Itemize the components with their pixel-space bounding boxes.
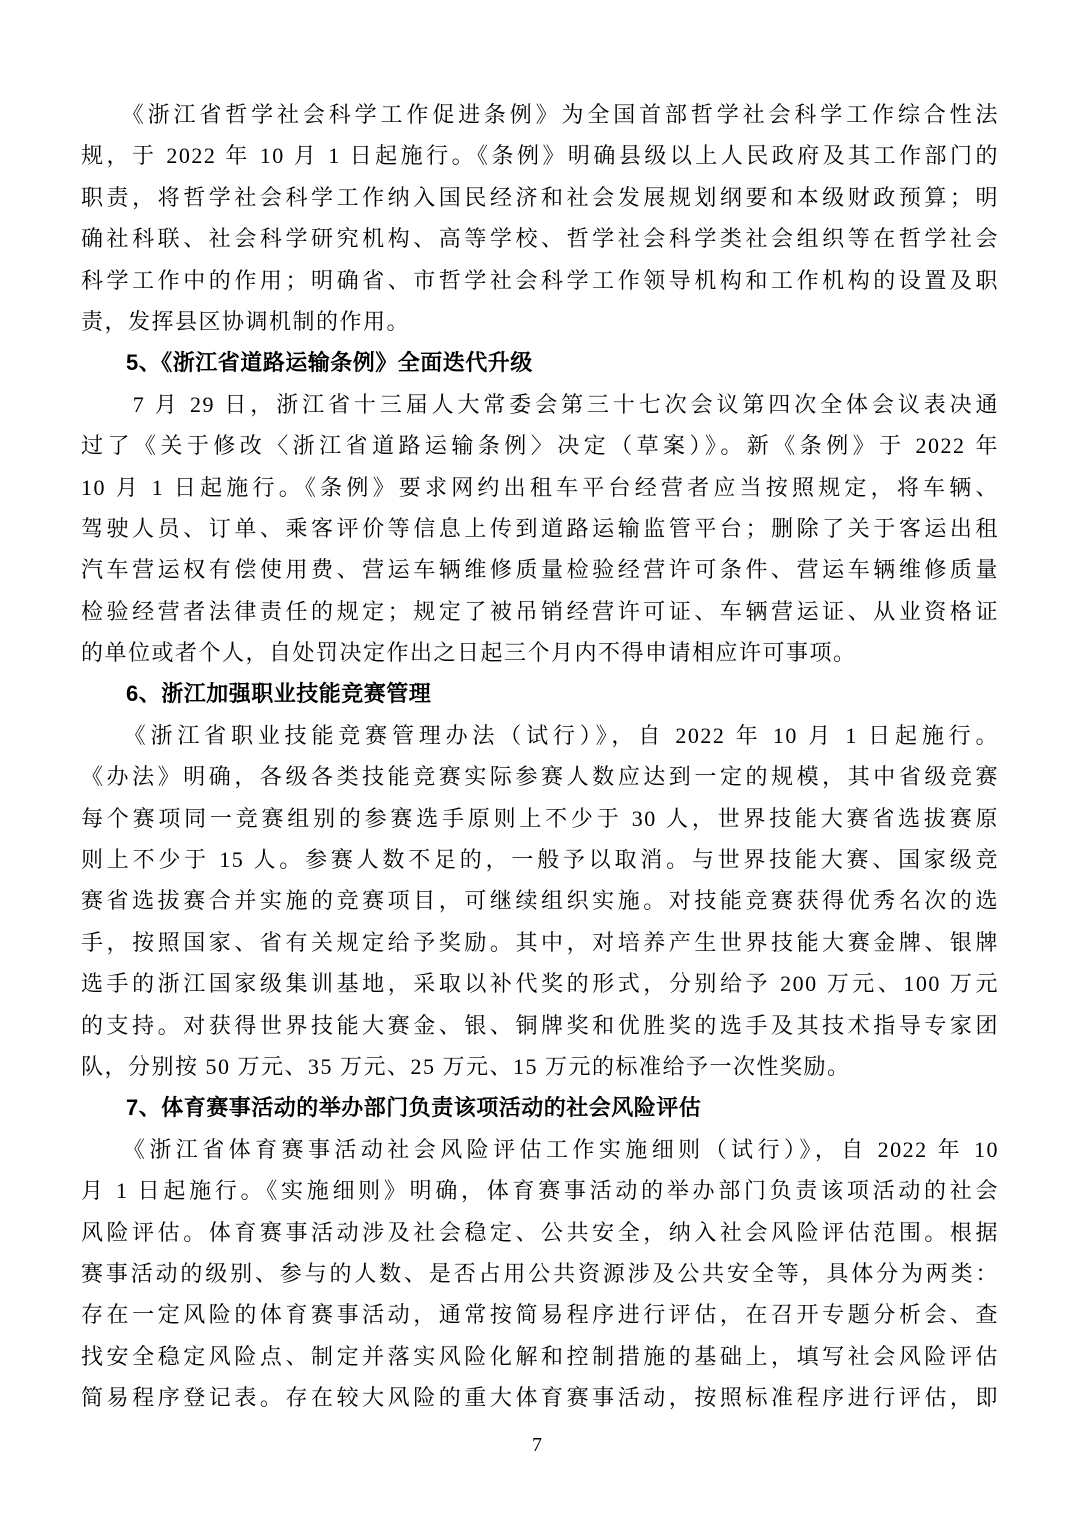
section-heading: 6、浙江加强职业技能竞赛管理: [81, 673, 999, 714]
text-line: 《浙江省职业技能竞赛管理办法（试行）》，自 2022 年 10 月 1 日起施行…: [81, 715, 999, 756]
text-line: 选手的浙江国家级集训基地，采取以补代奖的形式，分别给予 200 万元、100 万…: [81, 963, 999, 1004]
text-line: 队，分别按 50 万元、35 万元、25 万元、15 万元的标准给予一次性奖励。: [81, 1046, 999, 1087]
text-line: 确社科联、社会科学研究机构、高等学校、哲学社会科学类社会组织等在哲学社会: [81, 218, 999, 259]
text-line: 手，按照国家、省有关规定给予奖励。其中，对培养产生世界技能大赛金牌、银牌: [81, 922, 999, 963]
text-line: 10 月 1 日起施行。《条例》要求网约出租车平台经营者应当按照规定，将车辆、: [81, 467, 999, 508]
text-line: 过了《关于修改〈浙江省道路运输条例〉决定（草案）》。新《条例》于 2022 年: [81, 425, 999, 466]
text-line: 存在一定风险的体育赛事活动，通常按简易程序进行评估，在召开专题分析会、查: [81, 1294, 999, 1335]
text-line: 的支持。对获得世界技能大赛金、银、铜牌奖和优胜奖的选手及其技术指导专家团: [81, 1005, 999, 1046]
text-line: 赛事活动的级别、参与的人数、是否占用公共资源涉及公共安全等，具体分为两类：: [81, 1253, 999, 1294]
text-line: 驾驶人员、订单、乘客评价等信息上传到道路运输监管平台；删除了关于客运出租: [81, 508, 999, 549]
text-line: 简易程序登记表。存在较大风险的重大体育赛事活动，按照标准程序进行评估，即: [81, 1377, 999, 1418]
text-line: 月 1 日起施行。《实施细则》明确，体育赛事活动的举办部门负责该项活动的社会: [81, 1170, 999, 1211]
text-line: 《浙江省哲学社会科学工作促进条例》为全国首部哲学社会科学工作综合性法: [81, 94, 999, 135]
text-line: 《浙江省体育赛事活动社会风险评估工作实施细则（试行）》，自 2022 年 10: [81, 1129, 999, 1170]
text-line: 职责，将哲学社会科学工作纳入国民经济和社会发展规划纲要和本级财政预算；明: [81, 177, 999, 218]
document-page: 《浙江省哲学社会科学工作促进条例》为全国首部哲学社会科学工作综合性法规，于 20…: [0, 0, 1074, 1530]
text-line: 《办法》明确，各级各类技能竞赛实际参赛人数应达到一定的规模，其中省级竞赛: [81, 756, 999, 797]
section-heading: 5、《浙江省道路运输条例》全面迭代升级: [81, 342, 999, 383]
text-line: 检验经营者法律责任的规定；规定了被吊销经营许可证、车辆营运证、从业资格证: [81, 591, 999, 632]
text-line: 则上不少于 15 人。参赛人数不足的，一般予以取消。与世界技能大赛、国家级竞: [81, 839, 999, 880]
text-line: 每个赛项同一竞赛组别的参赛选手原则上不少于 30 人，世界技能大赛省选拔赛原: [81, 798, 999, 839]
text-line: 汽车营运权有偿使用费、营运车辆维修质量检验经营许可条件、营运车辆维修质量: [81, 549, 999, 590]
text-line: 科学工作中的作用；明确省、市哲学社会科学工作领导机构和工作机构的设置及职: [81, 260, 999, 301]
text-line: 找安全稳定风险点、制定并落实风险化解和控制措施的基础上，填写社会风险评估: [81, 1336, 999, 1377]
section-heading: 7、体育赛事活动的举办部门负责该项活动的社会风险评估: [81, 1087, 999, 1128]
page-number: 7: [0, 1432, 1074, 1458]
text-line: 规，于 2022 年 10 月 1 日起施行。《条例》明确县级以上人民政府及其工…: [81, 135, 999, 176]
text-line: 风险评估。体育赛事活动涉及社会稳定、公共安全，纳入社会风险评估范围。根据: [81, 1212, 999, 1253]
text-line: 的单位或者个人，自处罚决定作出之日起三个月内不得申请相应许可事项。: [81, 632, 999, 673]
text-line: 赛省选拔赛合并实施的竞赛项目，可继续组织实施。对技能竞赛获得优秀名次的选: [81, 880, 999, 921]
text-line: 责，发挥县区协调机制的作用。: [81, 301, 999, 342]
text-line: 7 月 29 日，浙江省十三届人大常委会第三十七次会议第四次全体会议表决通: [81, 384, 999, 425]
document-body: 《浙江省哲学社会科学工作促进条例》为全国首部哲学社会科学工作综合性法规，于 20…: [81, 94, 999, 1419]
